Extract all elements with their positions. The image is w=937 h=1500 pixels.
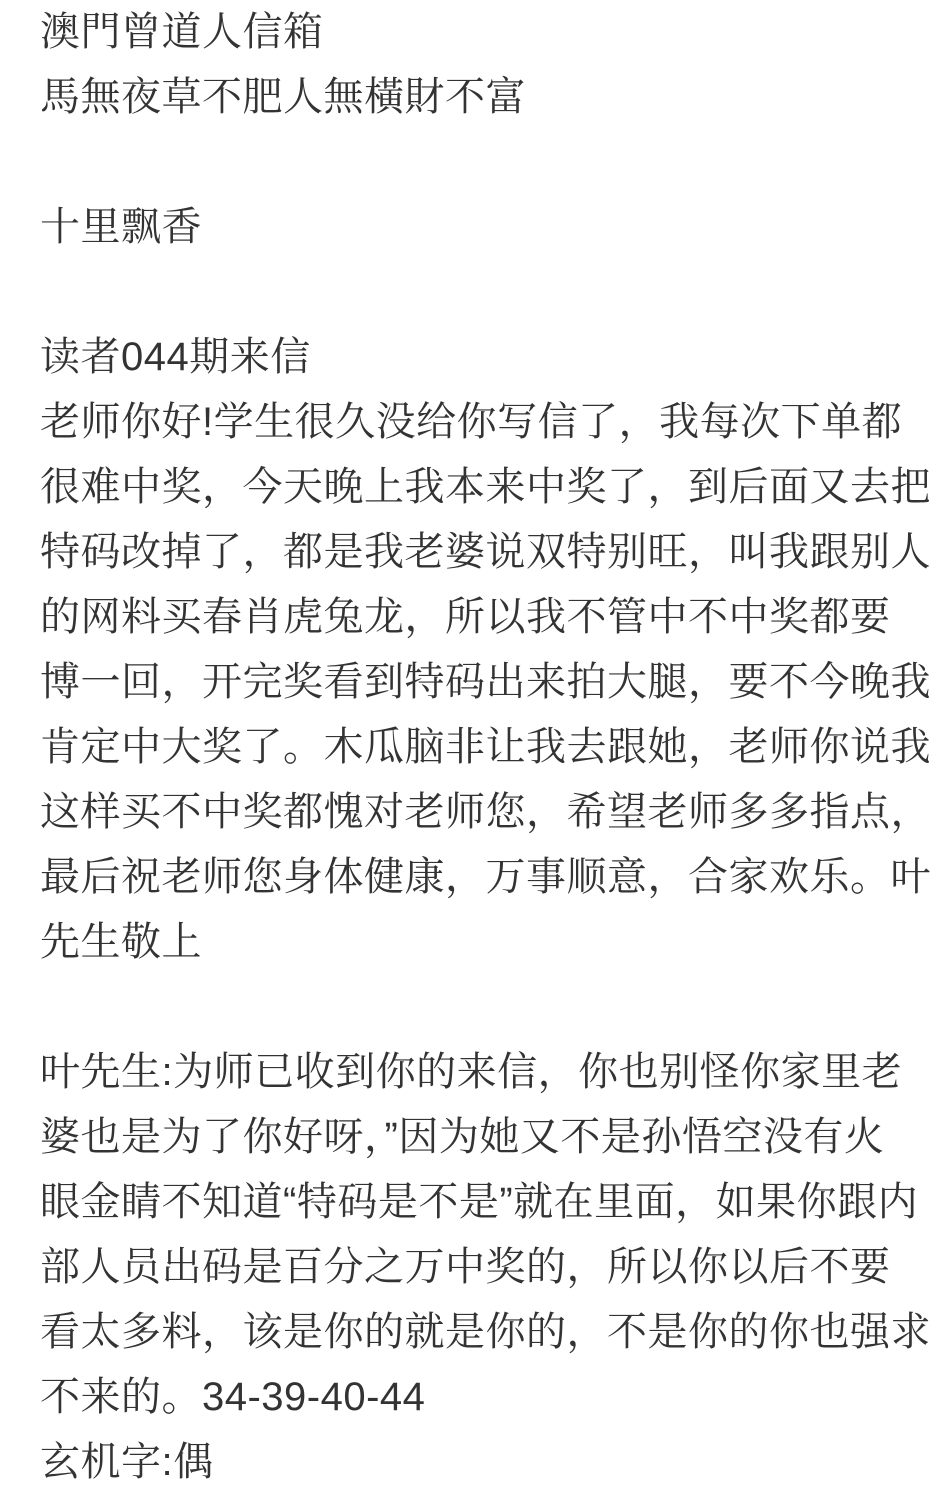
master-reply-line: 叶先生:为师已收到你的来信，你也别怪你家里老 bbox=[40, 1040, 901, 1105]
reader-letter-line: 特码改掉了，都是我老婆说双特别旺，叫我跟别人 bbox=[40, 520, 901, 585]
reader-letter-line: 肯定中大奖了。木瓜脑非让我去跟她，老师你说我 bbox=[40, 715, 901, 780]
master-reply-line: 玄机字:偶 bbox=[40, 1430, 901, 1495]
section-column-author: 十里飘香 bbox=[40, 195, 901, 260]
reader-letter-line: 先生敬上 bbox=[40, 910, 901, 975]
reader-letter-line: 博一回，开完奖看到特码出来拍大腿，要不今晚我 bbox=[40, 650, 901, 715]
reader-letter-line: 很难中奖，今天晚上我本来中奖了，到后面又去把 bbox=[40, 455, 901, 520]
reader-letter-line: 最后祝老师您身体健康，万事顺意，合家欢乐。叶 bbox=[40, 845, 901, 910]
reader-letter-line: 这样买不中奖都愧对老师您，希望老师多多指点， bbox=[40, 780, 901, 845]
master-reply-line: 婆也是为了你好呀，”因为她又不是孙悟空没有火 bbox=[40, 1105, 901, 1170]
reader-letter-line: 的网料买春肖虎兔龙，所以我不管中不中奖都要 bbox=[40, 585, 901, 650]
reader-letter-line: 读者044期来信 bbox=[40, 325, 901, 390]
section-masthead: 澳門曾道人信箱馬無夜草不肥人無橫財不富 bbox=[40, 0, 901, 130]
master-reply-line: 部人员出码是百分之万中奖的，所以你以后不要 bbox=[40, 1235, 901, 1300]
masthead-line: 馬無夜草不肥人無橫財不富 bbox=[40, 65, 901, 130]
masthead-line: 澳門曾道人信箱 bbox=[40, 0, 901, 65]
master-reply-line: 眼金睛不知道“特码是不是”就在里面，如果你跟内 bbox=[40, 1170, 901, 1235]
reader-letter-line: 老师你好!学生很久没给你写信了，我每次下单都 bbox=[40, 390, 901, 455]
master-reply-line: 不来的。34-39-40-44 bbox=[40, 1365, 901, 1430]
letter-document: 澳門曾道人信箱馬無夜草不肥人無橫財不富十里飘香读者044期来信老师你好!学生很久… bbox=[0, 0, 937, 1495]
column-author-line: 十里飘香 bbox=[40, 195, 901, 260]
section-master-reply: 叶先生:为师已收到你的来信，你也别怪你家里老婆也是为了你好呀，”因为她又不是孙悟… bbox=[40, 1040, 901, 1495]
master-reply-line: 看太多料，该是你的就是你的，不是你的你也强求 bbox=[40, 1300, 901, 1365]
section-reader-letter: 读者044期来信老师你好!学生很久没给你写信了，我每次下单都很难中奖，今天晚上我… bbox=[40, 325, 901, 975]
